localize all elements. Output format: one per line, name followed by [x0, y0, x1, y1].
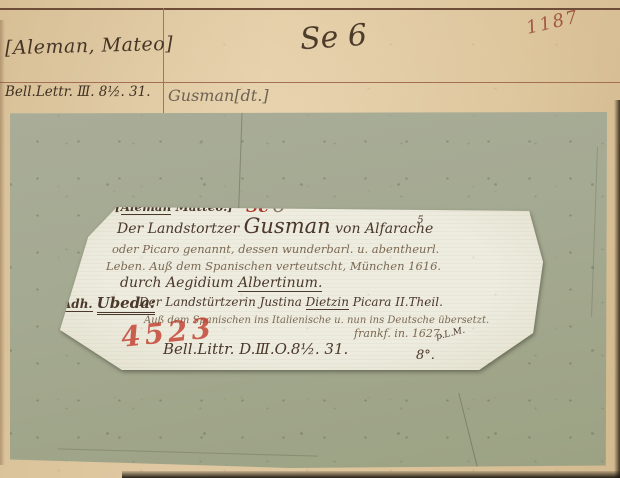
title-line4-translator: Albertinum.: [238, 275, 322, 292]
card-left-edge: [0, 20, 5, 465]
slip-header-bracket: [: [115, 200, 121, 214]
slip-author-header: [Aleman Matteo.]: [115, 201, 233, 214]
title-line1-pre: Der Landstortzer: [117, 221, 244, 237]
second-title-pre: Der Landstürtzerin Justina: [139, 295, 306, 309]
slip-old-shelfmark: Bell.Littr. D.Ⅲ.O.8½. 31.: [163, 341, 348, 358]
ruled-line-middle: [0, 82, 620, 83]
card-right-edge: [614, 100, 620, 478]
card-bottom-edge: [122, 471, 620, 478]
slip-title-line4: durch Aegidium Albertinum.: [120, 276, 322, 291]
slip-header-author: Aleman: [121, 200, 172, 215]
title-line4-pre: durch Aegidium: [120, 275, 238, 291]
slip-title-line3: Leben. Auß dem Spanischen verteutscht, M…: [106, 260, 441, 273]
ruled-line-top: [0, 8, 620, 10]
catalog-card: [Aleman, Mateo] Bell.Lettr. Ⅲ. 8½. 31. G…: [0, 0, 620, 478]
author-heading: [Aleman, Mateo]: [5, 34, 174, 59]
signature-mark: Se 6: [299, 19, 368, 57]
slip-second-imprint: frankf. in. 1627.: [354, 328, 443, 340]
catalog-slip-paper: [Aleman Matteo.] Se6 Der Landstortzer Gu…: [55, 196, 550, 376]
slip-header-rest: Matteo.]: [171, 200, 233, 214]
title-line1-gusman: Gusman: [244, 214, 331, 238]
format-mark: 8°.: [416, 349, 435, 363]
paper-crease: [591, 147, 598, 317]
slip-second-title-line1: Der Landstürtzerin Justina Dietzin Picar…: [139, 296, 443, 309]
title-line1-superscript: 5: [417, 215, 423, 226]
adhaeret-label: Adh.: [62, 297, 93, 312]
second-title-name: Dietzin: [306, 295, 349, 310]
paper-crease: [58, 448, 318, 456]
card-shelfmark: Bell.Lettr. Ⅲ. 8½. 31.: [5, 85, 151, 100]
ruled-line-vertical: [163, 8, 164, 113]
paper-crease: [458, 393, 478, 471]
pencil-title-note: Gusman[dt.]: [168, 87, 269, 105]
slip-title-line1: Der Landstortzer Gusman von Alfarache5: [117, 215, 424, 238]
second-title-post: Picara II.Theil.: [349, 295, 443, 309]
scanned-catalog-card-image: [Aleman, Mateo] Bell.Lettr. Ⅲ. 8½. 31. G…: [0, 0, 620, 478]
accession-number: 1187: [524, 7, 581, 38]
catalog-slip: [Aleman Matteo.] Se6 Der Landstortzer Gu…: [55, 196, 550, 376]
slip-title-line2: oder Picaro genannt, dessen wunderbarl. …: [112, 243, 439, 256]
